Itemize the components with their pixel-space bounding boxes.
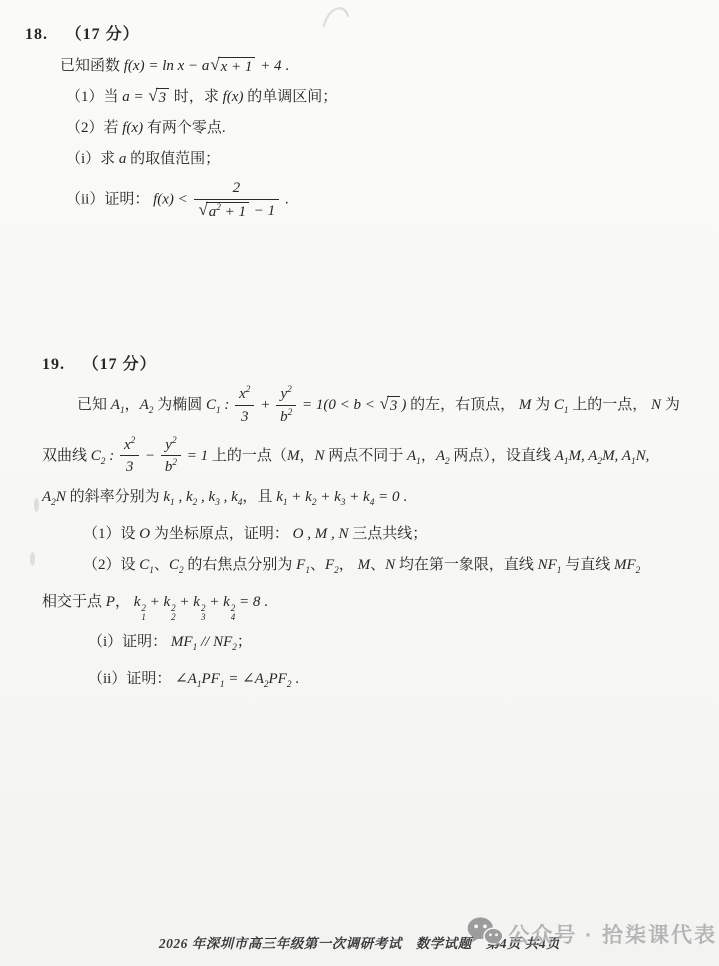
problem-19: 19.（17 分）已知 A1，A2 为椭圆 C1 : x23 + y2b2 = … — [42, 354, 705, 696]
formula-line: 已知 A1，A2 为椭圆 C1 : x23 + y2b2 = 1(0 < b <… — [77, 385, 705, 427]
formula-line: 已知函数 f(x) = ln x − a√x + 1 + 4 . — [60, 55, 705, 77]
radical-sign: √ — [148, 87, 157, 105]
radical: √a2 + 1 — [199, 202, 250, 221]
formula-line: 相交于点 P， k21 + k22 + k23 + k24 = 8 . — [42, 591, 705, 622]
fraction: y2b2 — [276, 385, 296, 427]
formula-line: 双曲线 C2 : x23 − y2b2 = 1 上的一点（M，N 两点不同于 A… — [42, 436, 705, 478]
formula-line: （2）若 f(x) 有两个零点. — [66, 117, 705, 139]
radical-sign: √ — [199, 201, 208, 219]
radical: √3 — [148, 88, 169, 107]
radical-sign: √ — [380, 395, 389, 413]
exam-page: 18.（17 分）已知函数 f(x) = ln x − a√x + 1 + 4 … — [0, 0, 719, 966]
fraction: y2b2 — [161, 436, 181, 478]
radical: √x + 1 — [210, 57, 255, 76]
formula-line: （1）当 a = √3 时，求 f(x) 的单调区间； — [66, 86, 705, 108]
watermark: 公众号 · 拾柒课代表 — [466, 916, 717, 952]
fraction: x23 — [120, 436, 139, 478]
formula-line: A2N 的斜率分别为 k1 , k2 , k3 , k4，且 k1 + k2 +… — [42, 486, 705, 514]
formula-line: （i）求 a 的取值范围； — [66, 148, 705, 170]
formula-line: （2）设 C1、C2 的右焦点分别为 F1、F2， M、N 均在第一象限，直线 … — [83, 554, 705, 582]
wechat-icon — [466, 916, 504, 952]
formula-line: （ii）证明： ∠A1PF1 = ∠A2PF2 . — [88, 668, 705, 696]
radical: √3 — [380, 396, 401, 415]
scan-smudge — [34, 498, 39, 512]
formula-line: （i）证明： MF1 // NF2； — [88, 631, 705, 659]
formula-line: （1）设 O 为坐标原点，证明： O , M , N 三点共线； — [83, 523, 705, 545]
radical-sign: √ — [210, 56, 219, 74]
fraction: x23 — [235, 385, 254, 427]
problem-18: 18.（17 分）已知函数 f(x) = ln x − a√x + 1 + 4 … — [25, 24, 705, 221]
formula-line: 19.（17 分） — [42, 354, 705, 376]
watermark-text: 公众号 · 拾柒课代表 — [508, 919, 717, 949]
fraction: 2√a2 + 1 − 1 — [194, 179, 280, 221]
scan-smudge — [30, 552, 35, 566]
formula-line: 18.（17 分） — [25, 24, 705, 46]
formula-line: （ii）证明： f(x) < 2√a2 + 1 − 1 . — [66, 179, 705, 221]
